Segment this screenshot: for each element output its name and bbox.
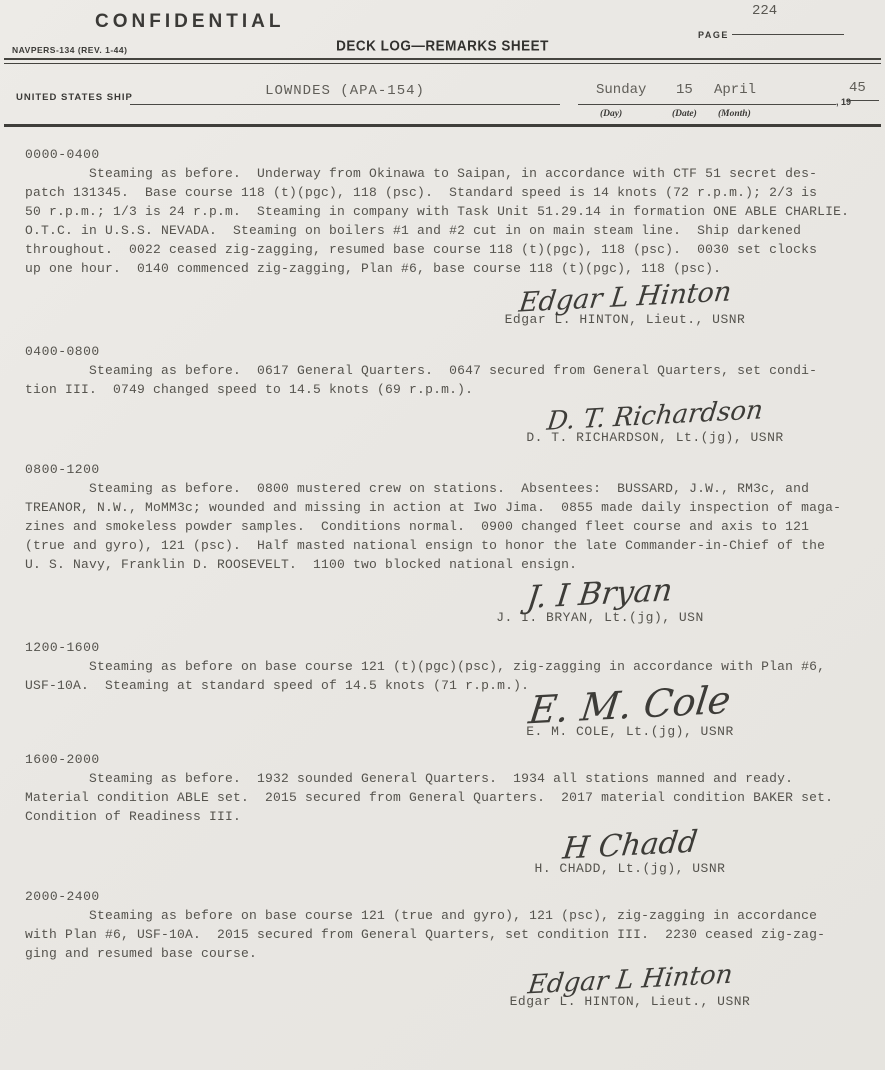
ship-blank-line (130, 104, 560, 105)
deck-log-remarks-sheet: CONFIDENTIAL 224 PAGE NAVPERS-134 (REV. … (0, 0, 885, 1070)
form-header: CONFIDENTIAL 224 PAGE NAVPERS-134 (REV. … (0, 0, 885, 130)
entry-time-range: 1600-2000 (25, 750, 863, 769)
entry-text: Steaming as before. 0617 General Quarter… (25, 361, 863, 399)
entry-text: Steaming as before. Underway from Okinaw… (25, 164, 863, 278)
entry-time-range: 0400-0800 (25, 342, 863, 361)
log-entry-1200-1600: 1200-1600 Steaming as before on base cou… (25, 638, 863, 740)
ship-name: LOWNDES (APA-154) (130, 83, 560, 99)
date-date-value: 15 (676, 82, 693, 98)
date-blank-line (578, 104, 836, 105)
signature-typed: Edgar L. HINTON, Lieut., USNR (465, 311, 785, 328)
page-blank-line (732, 34, 844, 35)
signature-block: D. T. Richardson D. T. RICHARDSON, Lt.(j… (495, 401, 815, 446)
log-entry-2000-2400: 2000-2400 Steaming as before on base cou… (25, 887, 863, 1010)
signature-block: Edgar L Hinton Edgar L. HINTON, Lieut., … (465, 282, 785, 328)
document-title: DECK LOG—REMARKS SHEET (0, 37, 885, 54)
date-date-label: (Date) (672, 109, 697, 119)
entry-text: Steaming as before. 0800 mustered crew o… (25, 479, 863, 574)
signature-block: E. M. Cole E. M. COLE, Lt.(jg), USNR (470, 683, 790, 740)
signature-block: Edgar L Hinton Edgar L. HINTON, Lieut., … (470, 965, 790, 1010)
signature-handwritten: H Chadd (561, 824, 699, 866)
year-blank-line (847, 100, 879, 101)
year-prefix: , 19 (836, 97, 851, 107)
year-value: 45 (849, 80, 866, 96)
signature-typed: D. T. RICHARDSON, Lt.(jg), USNR (495, 429, 815, 446)
entry-time-range: 2000-2400 (25, 887, 863, 906)
date-month-label: (Month) (718, 109, 751, 119)
date-day-value: Sunday (596, 82, 646, 98)
log-entry-0800-1200: 0800-1200 Steaming as before. 0800 muste… (25, 460, 863, 626)
entry-time-range: 0800-1200 (25, 460, 863, 479)
log-entries: 0000-0400 Steaming as before. Underway f… (25, 134, 863, 1012)
page-number: 224 (752, 3, 777, 19)
date-day-label: (Day) (600, 109, 622, 119)
log-entry-0400-0800: 0400-0800 Steaming as before. 0617 Gener… (25, 342, 863, 446)
entry-time-range: 1200-1600 (25, 638, 863, 657)
entry-text: Steaming as before. 1932 sounded General… (25, 769, 863, 826)
entry-text: Steaming as before on base course 121 (t… (25, 906, 863, 963)
log-entry-0000-0400: 0000-0400 Steaming as before. Underway f… (25, 145, 863, 328)
signature-block: J. I Bryan J. I. BRYAN, Lt.(jg), USN (440, 576, 760, 626)
signature-typed: Edgar L. HINTON, Lieut., USNR (470, 993, 790, 1010)
ship-field-label: UNITED STATES SHIP (16, 92, 133, 103)
thick-rule (4, 124, 881, 127)
double-rule (4, 58, 881, 64)
classification-stamp: CONFIDENTIAL (95, 11, 284, 33)
entry-time-range: 0000-0400 (25, 145, 863, 164)
date-month-value: April (714, 82, 756, 98)
log-entry-1600-2000: 1600-2000 Steaming as before. 1932 sound… (25, 750, 863, 877)
signature-block: H Chadd H. CHADD, Lt.(jg), USNR (470, 828, 790, 877)
